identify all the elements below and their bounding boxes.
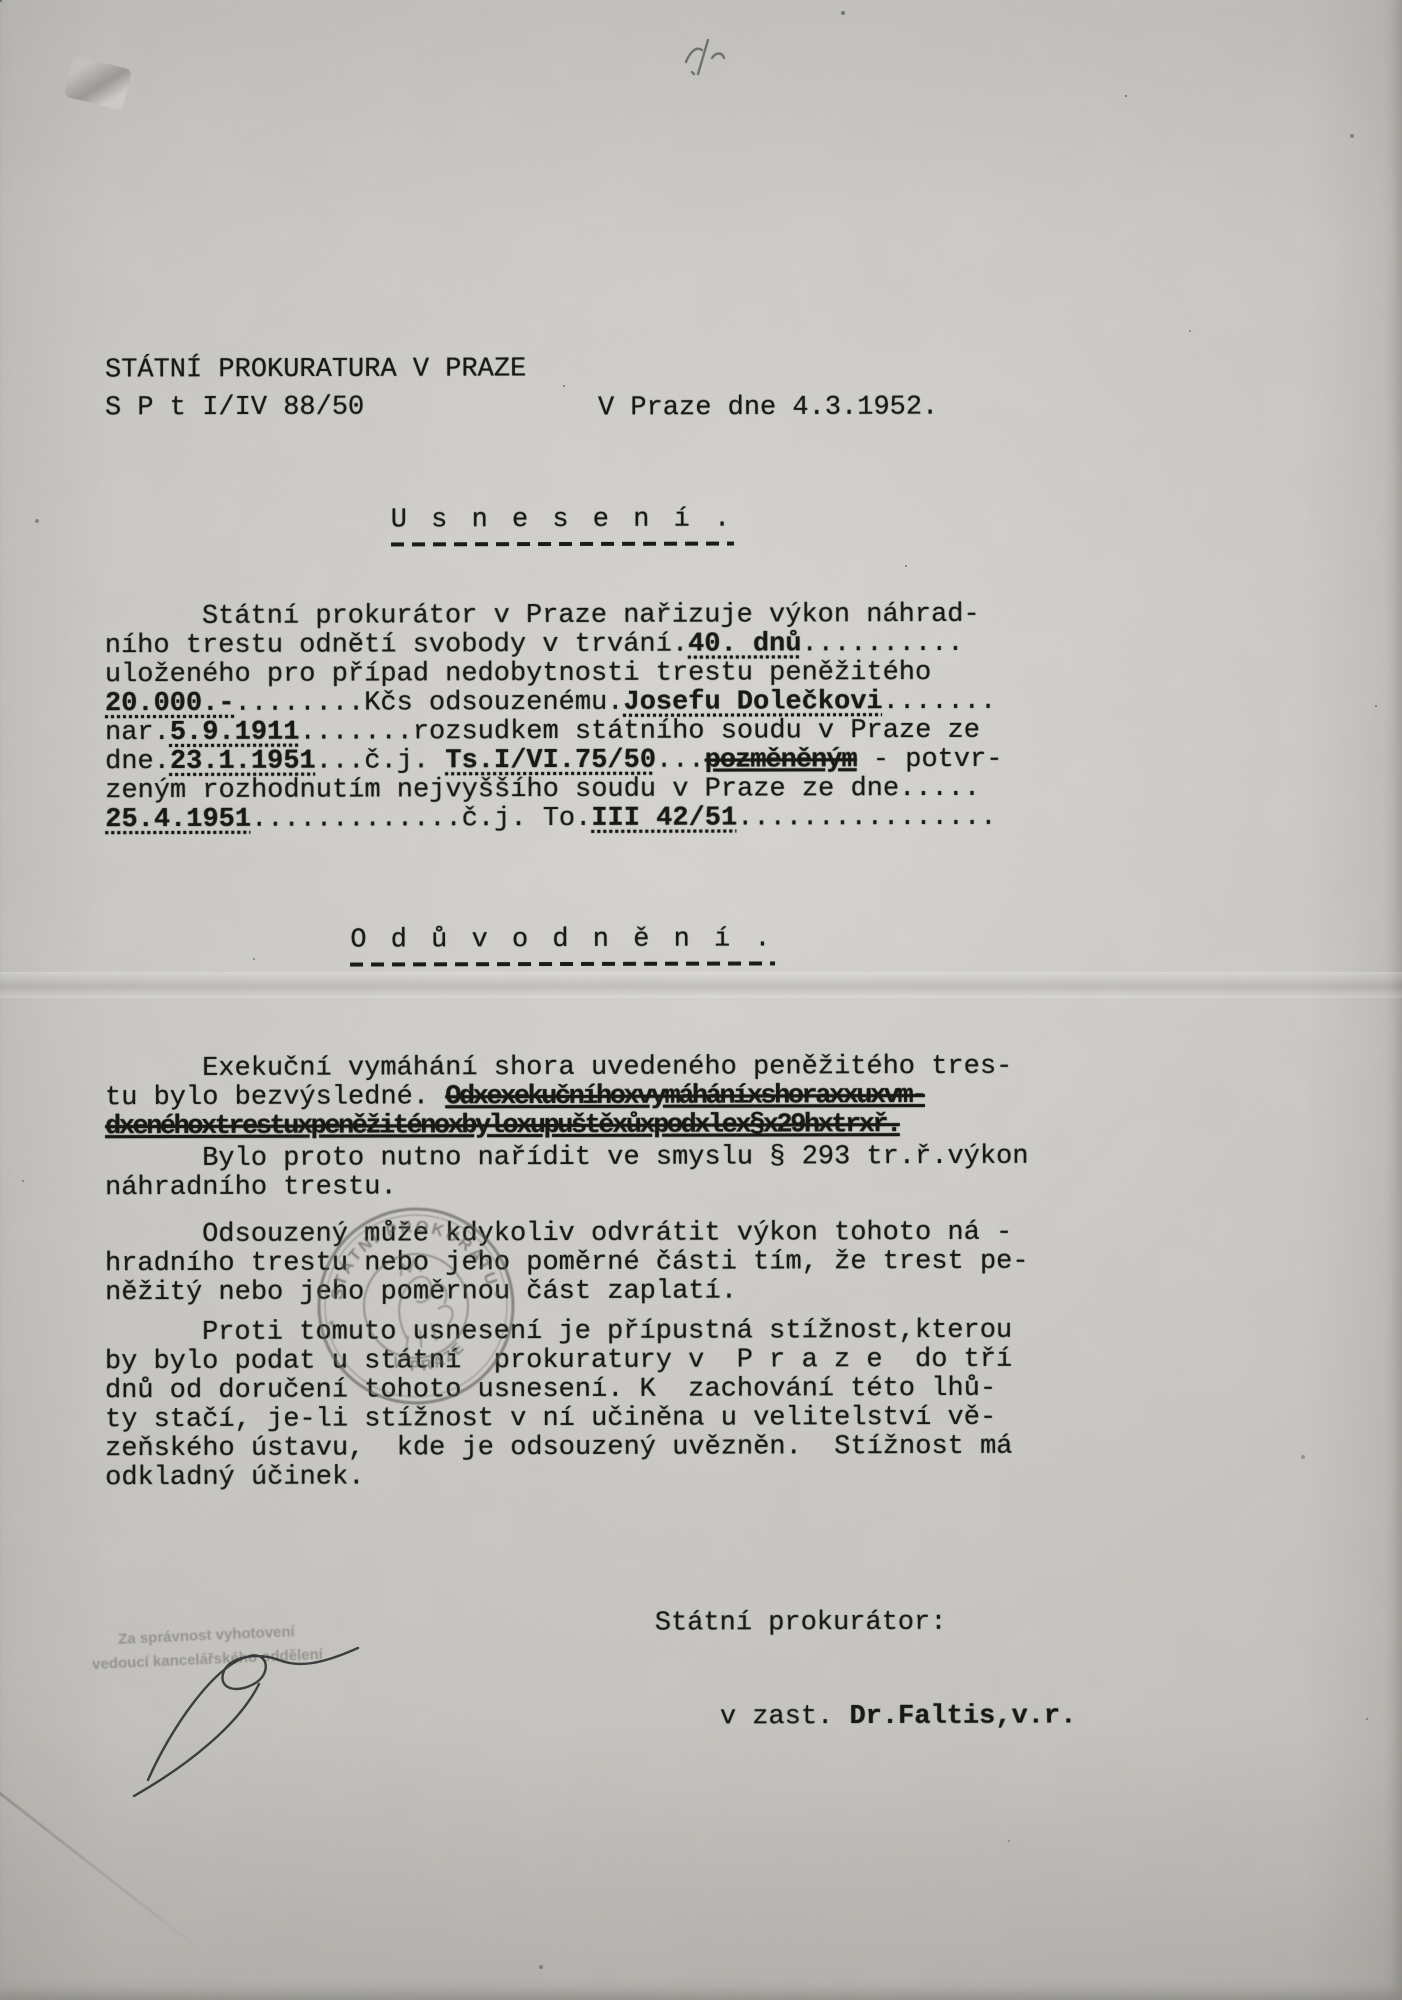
reasoning-paragraph-avert: Odsouzený může kdykoliv odvrátit výkon t… (105, 1219, 1029, 1308)
decision-paragraph: Státní prokurátor v Praze nařizuje výkon… (105, 601, 1003, 835)
scanned-document-page: { "document": { "header": { "office": "S… (0, 0, 1402, 2000)
prosecutor-title: Státní prokurátor: (655, 1607, 1076, 1638)
deputy-name: Dr.Faltis,v.r. (849, 1701, 1076, 1732)
prosecutor-deputy-line: v zast. Dr.Faltis,v.r. (655, 1671, 1077, 1762)
round-office-stamp: STÁTNÍ PROKURATURA V PRAZE ✶ ✶ (293, 1183, 539, 1429)
deputy-prefix: v zast. (720, 1702, 850, 1732)
stamp-star-right: ✶ (492, 1286, 502, 1302)
handwritten-signature (118, 1612, 388, 1812)
stamp-lion-emblem (390, 1255, 458, 1353)
header-office: STÁTNÍ PROKURATURA V PRAZE (105, 355, 526, 385)
reasoning-paragraph-appeal: Proti tomuto usnesení je přípustná stížn… (105, 1317, 1013, 1493)
stamp-star-left: ✶ (326, 1315, 336, 1331)
dust-specks (0, 0, 2, 2)
header-place-date: V Praze dne 4.3.1952. (598, 394, 938, 424)
stamp-text-bottom: V PRAZE (387, 1336, 472, 1380)
pencil-scribble (652, 28, 742, 94)
header-file-number: S P t I/IV 88/50 (105, 394, 364, 424)
reasoning-paragraph-execution: Exekuční vymáhání shora uvedeného peněži… (105, 1053, 1013, 1142)
reasoning-paragraph-order: Bylo proto nutno nařídit ve smyslu § 293… (105, 1143, 1029, 1203)
decision-heading: U s n e s e n í . (105, 505, 1020, 547)
reasoning-heading: O d ů v o d n ě n í . (105, 925, 1020, 967)
signature-block: Státní prokurátor: v zast. Dr.Faltis,v.r… (655, 1607, 1077, 1762)
